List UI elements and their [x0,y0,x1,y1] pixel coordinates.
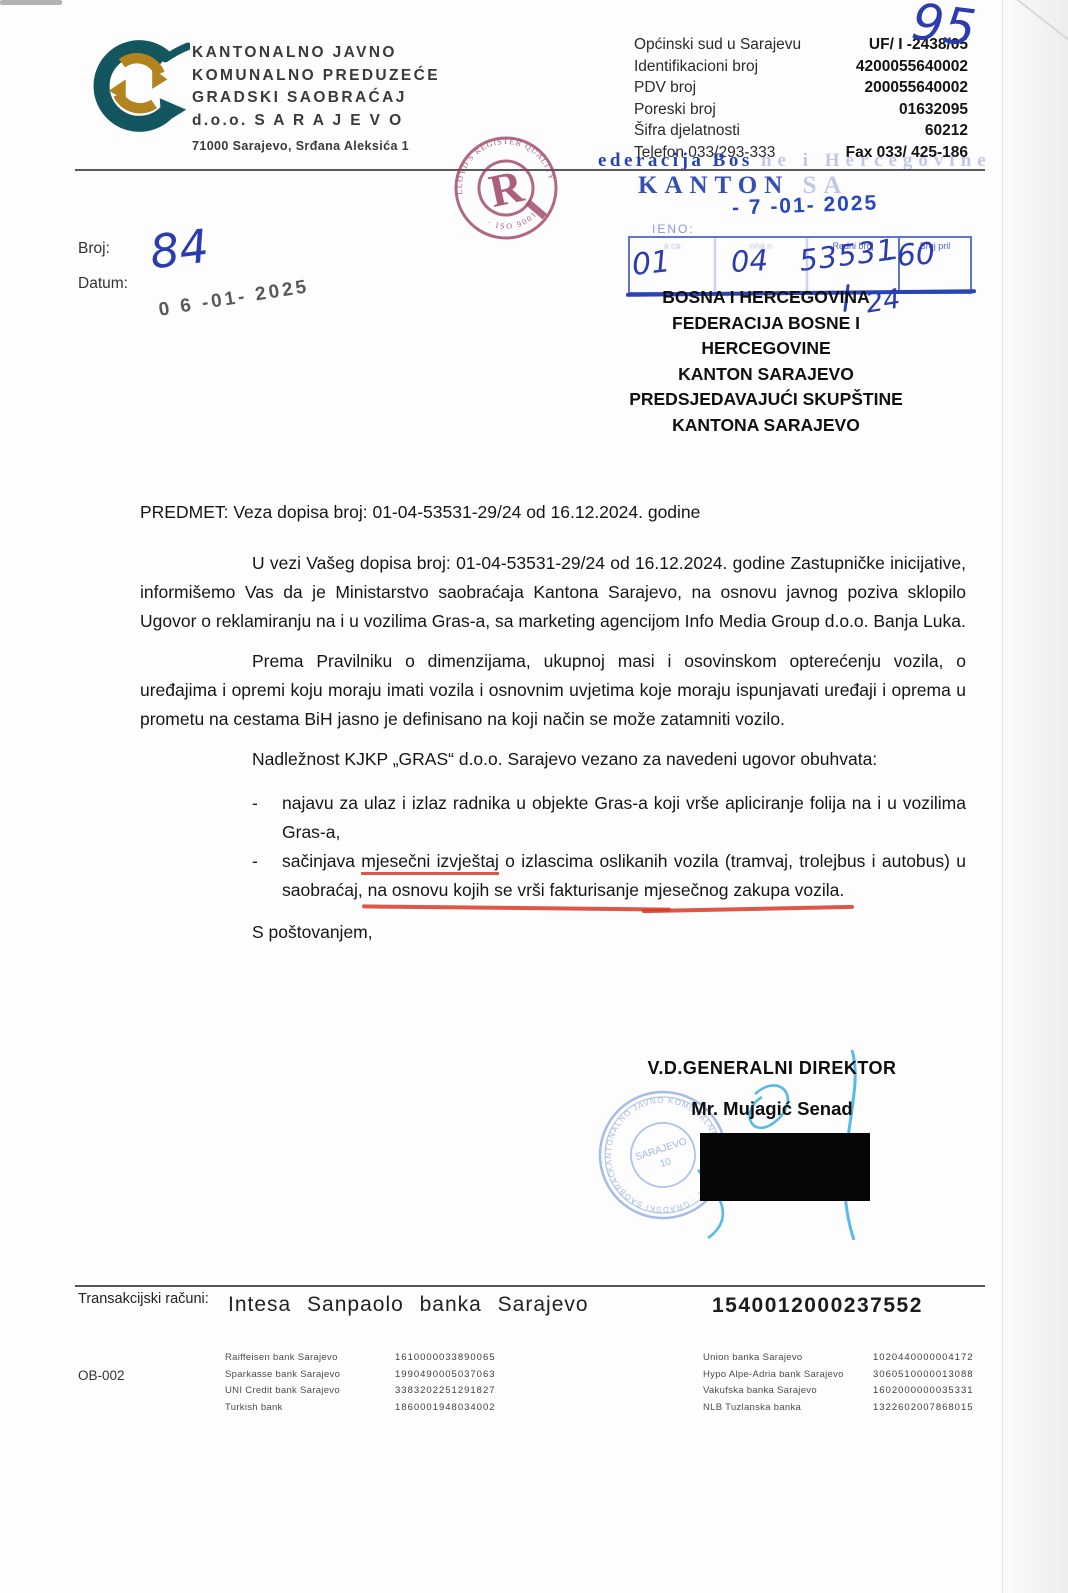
datum-label: Datum: [78,275,128,293]
bank-name: Sparkasse bank Sarajevo [225,1367,395,1384]
bullet-1-text: najavu za ulaz i izlaz radnika u objekte… [282,789,966,847]
bank-account: 1610000033890065 [395,1350,496,1367]
form-code: OB-002 [78,1368,125,1383]
recipient-line: KANTONA SARAJEVO [600,413,932,439]
paragraph-1: U vezi Vašeg dopisa broj: 01-04-53531-29… [140,549,966,636]
registry-label: Identifikacioni broj [634,56,758,78]
registry-label: Poreski broj [634,99,716,121]
registry-label: Šifra djelatnosti [634,120,740,142]
company-address: 71000 Sarajevo, Srđana Aleksića 1 [192,139,440,153]
registry-value: 01632095 [899,99,968,121]
recipient-line: KANTON SARAJEVO [600,362,932,388]
registry-row: Identifikacioni broj 4200055640002 [634,56,968,78]
bank-name: Vakufska banka Sarajevo [703,1383,873,1400]
subject-line: PREDMET: Veza dopisa broj: 01-04-53531-2… [140,498,966,527]
company-line: d.o.o. S A R A J E V O [192,110,440,133]
redaction-box [700,1133,870,1201]
bank-row: Hypo Alpe-Adria bank Sarajevo 3060510000… [703,1367,1003,1384]
letter-body: PREDMET: Veza dopisa broj: 01-04-53531-2… [140,498,966,947]
bank-row: Vakufska banka Sarajevo 1602000000035331 [703,1383,1003,1400]
bank-account: 1990490005037063 [395,1367,496,1384]
bullet-2-pre: sačinjava [282,851,361,871]
bank-row: Turkish bank 1860001948034002 [225,1400,555,1417]
stamp-handwritten-value: -60 [885,236,936,274]
paragraph-3: Nadležnost KJKP „GRAS“ d.o.o. Sarajevo v… [140,745,966,774]
registry-value: 60212 [925,120,968,142]
main-bank-name: Intesa Sanpaolo banka Sarajevo [228,1293,589,1317]
broj-label: Broj: [78,240,110,258]
bank-account: 3060510000013088 [873,1367,974,1384]
bank-account: 1322602007868015 [873,1400,974,1417]
pen-note-95: 95 [909,0,979,58]
bank-account: 1602000000035331 [873,1383,974,1400]
seal-monogram: R [485,160,529,217]
recipient-line: BOSNA I HERCEGOVINA [600,285,932,311]
bullet-item-2: - sačinjava mjesečni izvještaj o izlasci… [252,847,966,905]
bank-account: 1860001948034002 [395,1400,496,1417]
recipient-block: BOSNA I HERCEGOVINA FEDERACIJA BOSNE I H… [600,285,932,438]
company-line: KANTONALNO JAVNO [192,42,440,65]
bullet-dash: - [252,789,282,847]
lloyds-iso9001-seal-icon: LLOYD'S REGISTER QUALITY ASSURANCE · ISO… [435,117,577,259]
bank-name: UNI Credit bank Sarajevo [225,1383,395,1400]
paragraph-2: Prema Pravilniku o dimenzijama, ukupnoj … [140,647,966,734]
bullet-list: - najavu za ulaz i izlaz radnika u objek… [252,789,966,905]
stamp-date: - 7 -01- 2025 [732,191,879,220]
signer-name: Mr. Mujagić Senad [600,1098,944,1120]
signer-title: V.D.GENERALNI DIREKTOR [600,1058,944,1079]
red-marked-phrase-2: mjesečnog zakupa vozila. [644,880,844,900]
gras-logo-icon [86,34,190,138]
bank-name: Hypo Alpe-Adria bank Sarajevo [703,1367,873,1384]
recipient-line: HERCEGOVINE [600,336,932,362]
datum-stamp-value: 0 6 -01- 2025 [157,276,311,322]
registry-label: PDV broj [634,77,696,99]
registry-label: Općinski sud u Sarajevu [634,34,801,56]
registry-value: 200055640002 [865,77,968,99]
red-underlined-phrase: mjesečni izvještaj [361,851,499,875]
bank-account: 1020440000004172 [873,1350,974,1367]
registry-value: 4200055640002 [856,56,968,78]
bank-list-left: Raiffeisen bank Sarajevo 161000003389006… [225,1350,555,1416]
stamp-handwritten-value: 04 [730,243,769,279]
main-account-number: 1540012000237552 [712,1294,923,1318]
bank-name: NLB Tuzlanska banka [703,1400,873,1417]
bank-row: NLB Tuzlanska banka 1322602007868015 [703,1400,1003,1417]
registry-row: PDV broj 200055640002 [634,77,968,99]
bank-list-right: Union banka Sarajevo 1020440000004172 Hy… [703,1350,1003,1416]
stamp-federation-clear: ederacija Bos [598,150,753,171]
stamp-primljeno-label: IENO: [652,222,695,236]
registry-row: Poreski broj 01632095 [634,99,968,121]
closing-line: S poštovanjem, [252,918,966,947]
bank-name: Union banka Sarajevo [703,1350,873,1367]
stamp-federation-faint: ne i Hercegovine [761,150,992,171]
scan-streak [0,0,62,5]
red-marked-phrase-1: na osnovu kojih se vrši fakturisanje [368,880,639,900]
registry-row: Šifra djelatnosti 60212 [634,120,968,142]
footer-divider [75,1285,985,1287]
company-line: KOMUNALNO PREDUZEĆE [192,65,440,88]
bank-row: Sparkasse bank Sarajevo 1990490005037063 [225,1367,555,1384]
scanned-letter-page: KANTONALNO JAVNO KOMUNALNO PREDUZEĆE GRA… [0,0,1068,1593]
recipient-line: PREDSJEDAVAJUĆI SKUPŠTINE [600,387,932,413]
bullet-2-text: sačinjava mjesečni izvještaj o izlascima… [282,847,966,905]
bank-row: UNI Credit bank Sarajevo 338320225129182… [225,1383,555,1400]
company-name-block: KANTONALNO JAVNO KOMUNALNO PREDUZEĆE GRA… [192,42,440,153]
registry-block: Općinski sud u Sarajevu UF/ I -2438/05 I… [634,34,968,163]
bullet-dash: - [252,847,282,905]
bank-name: Turkish bank [225,1400,395,1417]
bank-row: Union banka Sarajevo 1020440000004172 [703,1350,1003,1367]
bank-name: Raiffeisen bank Sarajevo [225,1350,395,1367]
stamp-handwritten-value: 01 [630,244,672,283]
broj-handwritten-value: 84 [147,219,212,280]
stamp-federation-line: ederacija Bos ne i Hercegovine [598,150,992,172]
bank-account: 3383202251291827 [395,1383,496,1400]
paper-edge-shadow [1002,0,1068,1593]
recipient-line: FEDERACIJA BOSNE I [600,311,932,337]
bullet-item-1: - najavu za ulaz i izlaz radnika u objek… [252,789,966,847]
bank-row: Raiffeisen bank Sarajevo 161000003389006… [225,1350,555,1367]
company-line: GRADSKI SAOBRAĆAJ [192,87,440,110]
signature-block: V.D.GENERALNI DIREKTOR Mr. Mujagić Senad [600,1058,944,1120]
accounts-label: Transakcijski računi: [78,1291,209,1307]
